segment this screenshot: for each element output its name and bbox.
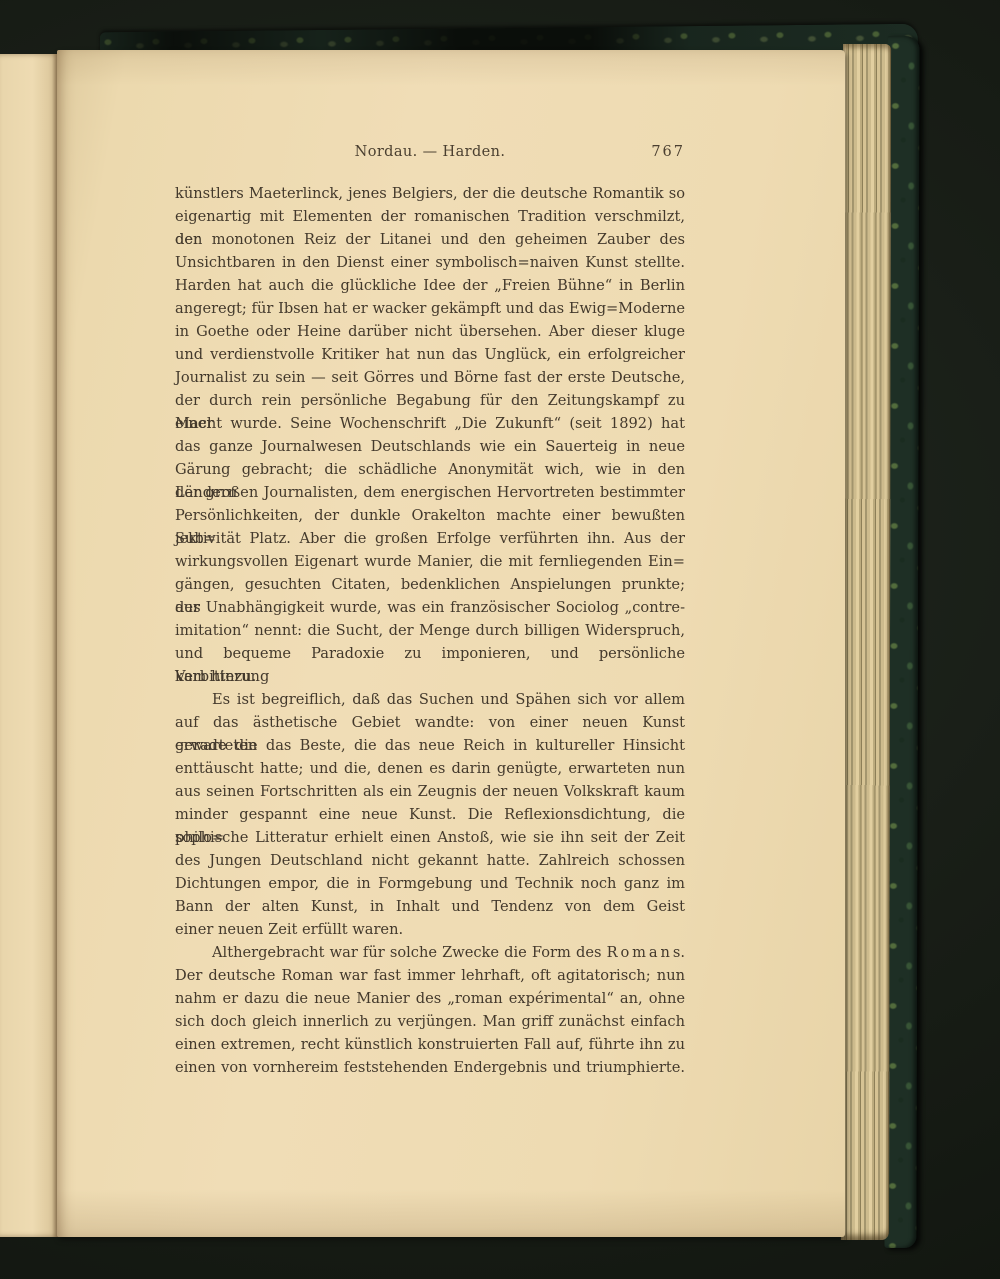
text-line: Gärung gebracht; die schädliche Anonymit… xyxy=(175,458,685,481)
text-line: einen von vornhereim feststehenden Ender… xyxy=(175,1056,685,1079)
text-line: in Goethe oder Heine darüber nicht übers… xyxy=(175,320,685,343)
text-line: Dichtungen empor, die in Formgebung und … xyxy=(175,872,685,895)
text-line: der durch rein persönliche Begabung für … xyxy=(175,389,685,412)
text-line: des Jungen Deutschland nicht gekannt hat… xyxy=(175,849,685,872)
page-number: 767 xyxy=(651,144,685,160)
text-line: imitation“ nennt: die Sucht, der Menge d… xyxy=(175,619,685,642)
text-line: und bequeme Paradoxie zu imponieren, und… xyxy=(175,642,685,665)
text-line: aus seinen Fortschritten als ein Zeugnis… xyxy=(175,780,685,803)
paragraph: Es ist begreiflich, daß das Suchen und S… xyxy=(175,688,685,941)
text-line: eigenartig mit Elementen der romanischen… xyxy=(175,205,685,228)
text-line: gängen, gesuchten Citaten, bedenklichen … xyxy=(175,573,685,596)
page-body: künstlers Maeterlinck, jenes Belgiers, d… xyxy=(175,182,685,1079)
paragraph: künstlers Maeterlinck, jenes Belgiers, d… xyxy=(175,182,685,688)
book-page: Nordau. — Harden. 767 künstlers Maeterli… xyxy=(57,50,845,1237)
text-line: Harden hat auch die glückliche Idee der … xyxy=(175,274,685,297)
text-line: Macht wurde. Seine Wochenschrift „Die Zu… xyxy=(175,412,685,435)
paragraph: Althergebracht war für solche Zwecke die… xyxy=(175,941,685,1079)
text-line: gerade die das Beste, die das neue Reich… xyxy=(175,734,685,757)
text-line: wirkungsvollen Eigenart wurde Manier, di… xyxy=(175,550,685,573)
text-line: Althergebracht war für solche Zwecke die… xyxy=(175,941,685,964)
text-line: kam hinzu. xyxy=(175,665,685,688)
text-line: jektivität Platz. Aber die großen Erfolg… xyxy=(175,527,685,550)
text-line: Es ist begreiflich, daß das Suchen und S… xyxy=(175,688,685,711)
text-line: das ganze Journalwesen Deutschlands wie … xyxy=(175,435,685,458)
text-line: Journalist zu sein — seit Görres und Bör… xyxy=(175,366,685,389)
text-line: der großen Journalisten, dem energischen… xyxy=(175,481,685,504)
text-line: einen extremen, recht künstlich konstrui… xyxy=(175,1033,685,1056)
text-line: auf das ästhetische Gebiet wandte: von e… xyxy=(175,711,685,734)
text-line: einer neuen Zeit erfüllt waren. xyxy=(175,918,685,941)
text-line: Bann der alten Kunst, in Inhalt und Tend… xyxy=(175,895,685,918)
text-line: der Unabhängigkeit wurde, was ein franzö… xyxy=(175,596,685,619)
photo-backdrop: Nordau. — Harden. 767 künstlers Maeterli… xyxy=(0,0,1000,1279)
text-line: Persönlichkeiten, der dunkle Orakelton m… xyxy=(175,504,685,527)
text-line: enttäuscht hatte; und die, denen es dari… xyxy=(175,757,685,780)
text-line: sich doch gleich innerlich zu verjüngen.… xyxy=(175,1010,685,1033)
text-line: und verdienstvolle Kritiker hat nun das … xyxy=(175,343,685,366)
text-line: sophische Litteratur erhielt einen Ansto… xyxy=(175,826,685,849)
text-line: Der deutsche Roman war fast immer lehrha… xyxy=(175,964,685,987)
text-block: Nordau. — Harden. 767 künstlers Maeterli… xyxy=(175,144,685,1079)
facing-page-sliver xyxy=(0,54,59,1237)
text-line: den monotonen Reiz der Litanei und den g… xyxy=(175,228,685,251)
text-line: Unsichtbaren in den Dienst einer symboli… xyxy=(175,251,685,274)
text-line: minder gespannt eine neue Kunst. Die Ref… xyxy=(175,803,685,826)
running-header: Nordau. — Harden. 767 xyxy=(175,144,685,164)
text-line: künstlers Maeterlinck, jenes Belgiers, d… xyxy=(175,182,685,205)
text-line: angeregt; für Ibsen hat er wacker gekämp… xyxy=(175,297,685,320)
page-edge-stack xyxy=(841,44,891,1240)
running-header-title: Nordau. — Harden. xyxy=(175,144,685,160)
text-line: nahm er dazu die neue Manier des „roman … xyxy=(175,987,685,1010)
